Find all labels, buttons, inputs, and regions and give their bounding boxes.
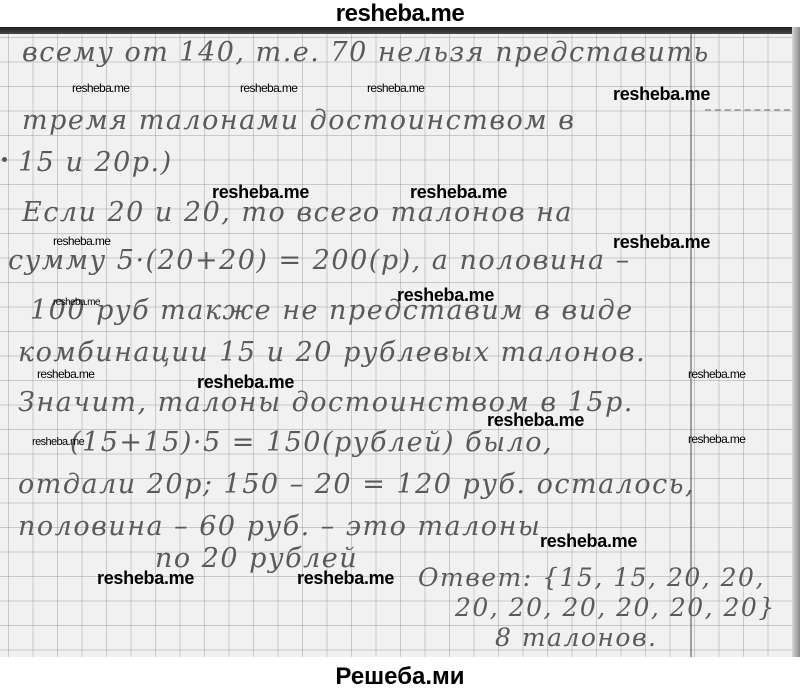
handwriting-line: сумму 5·(20+20) = 200(р), а половина – [8, 245, 631, 276]
watermark: resheba.me [397, 285, 494, 306]
site-header-title: resheba.me [336, 0, 464, 27]
site-footer: Решеба.ми [0, 657, 800, 693]
notebook-right-edge [792, 27, 800, 657]
handwriting-line: 100 руб также не представим в виде [30, 295, 634, 326]
watermark: resheba.me [487, 410, 584, 431]
watermark: resheba.me [688, 432, 745, 446]
site-header: resheba.me [0, 0, 800, 27]
watermark: resheba.me [37, 367, 94, 381]
watermark: resheba.me [367, 81, 424, 95]
watermark: resheba.me [97, 568, 194, 589]
handwriting-line: 15 и 20р.) [18, 147, 173, 178]
watermark: resheba.me [32, 436, 84, 448]
dashed-mark [705, 109, 790, 111]
watermark: resheba.me [540, 531, 637, 552]
watermark: resheba.me [72, 81, 129, 95]
handwriting-answer: 8 талонов. [495, 623, 657, 652]
notebook-page: всему от 140, т.е. 70 нельзя представить… [0, 27, 800, 657]
watermark: resheba.me [297, 568, 394, 589]
watermark: resheba.me [613, 232, 710, 253]
handwriting-answer: Ответ: {15, 15, 20, 20, [418, 563, 765, 592]
watermark: resheba.me [410, 182, 507, 203]
notebook-top-edge [0, 27, 800, 34]
handwriting-answer: 20, 20, 20, 20, 20, 20} [455, 593, 776, 622]
watermark: resheba.me [197, 372, 294, 393]
handwriting-line: половина – 60 руб. – это талоны [18, 511, 541, 542]
watermark: resheba.me [240, 81, 297, 95]
handwriting-line: всему от 140, т.е. 70 нельзя представить [22, 37, 710, 68]
watermark: resheba.me [688, 367, 745, 381]
site-footer-title: Решеба.ми [335, 663, 464, 690]
watermark: resheba.me [53, 297, 100, 308]
watermark: resheba.me [212, 182, 309, 203]
handwriting-line: (15+15)·5 = 150(рублей) было, [70, 427, 553, 458]
watermark: resheba.me [613, 84, 710, 105]
ink-dot [2, 157, 7, 162]
handwriting-line: комбинации 15 и 20 рублевых талонов. [18, 337, 646, 368]
handwriting-line: отдали 20р; 150 – 20 = 120 руб. осталось… [18, 469, 695, 500]
handwriting-line: тремя талонами достоинством в [22, 105, 576, 136]
watermark: resheba.me [53, 234, 110, 248]
